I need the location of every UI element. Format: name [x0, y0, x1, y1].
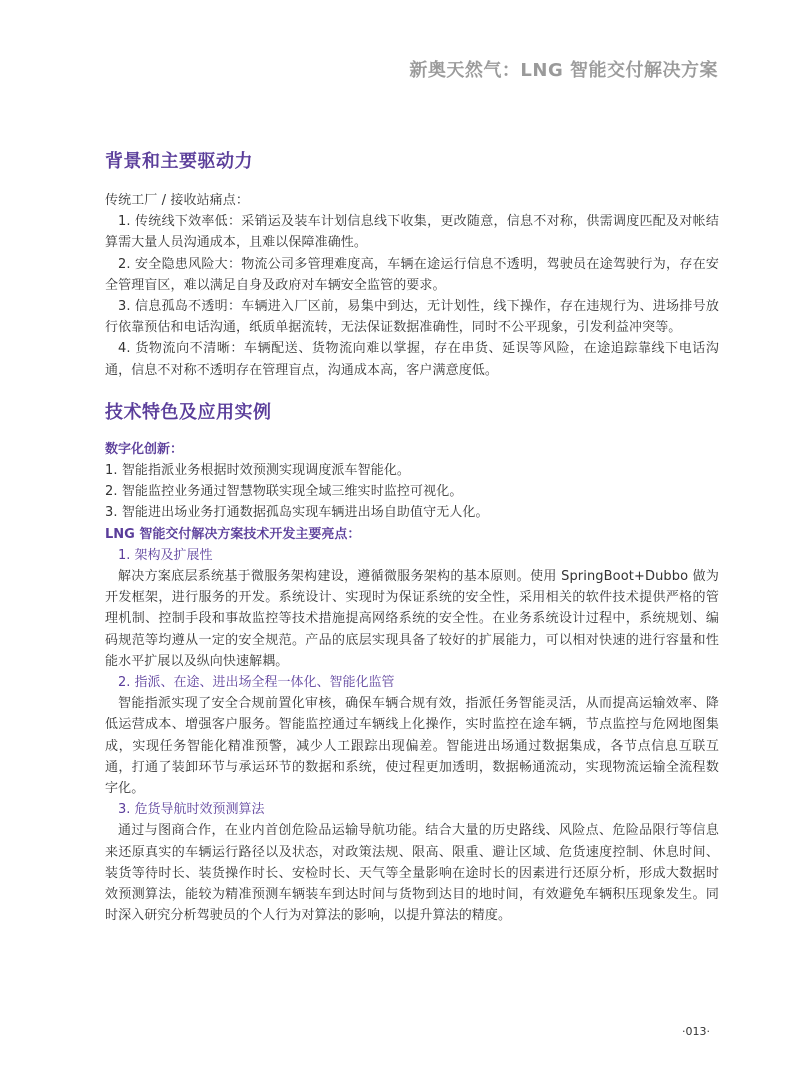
pain-point-item: 3. 信息孤岛不透明：车辆进入厂区前，易集中到达，无计划性，线下操作，存在违规行… — [105, 296, 719, 338]
running-header: 新奥天然气：LNG 智能交付解决方案 — [409, 56, 718, 82]
highlight-body: 解决方案底层系统基于微服务架构建设，遵循微服务架构的基本原则。使用 Spring… — [105, 566, 719, 672]
digital-item: 1. 智能指派业务根据时效预测实现调度派车智能化。 — [105, 460, 719, 481]
highlight-title: 2. 指派、在途、进出场全程一体化、智能化监管 — [105, 672, 719, 693]
pain-points-intro: 传统工厂 / 接收站痛点： — [105, 190, 719, 211]
highlights-title: LNG 智能交付解决方案技术开发主要亮点： — [105, 524, 719, 545]
highlight-body: 通过与图商合作，在业内首创危险品运输导航功能。结合大量的历史路线、风险点、危险品… — [105, 820, 719, 926]
digital-item: 3. 智能进出场业务打通数据孤岛实现车辆进出场自助值守无人化。 — [105, 502, 719, 523]
section-heading-background: 背景和主要驱动力 — [105, 148, 719, 176]
section-heading-tech: 技术特色及应用实例 — [105, 399, 719, 427]
document-body: 背景和主要驱动力 传统工厂 / 接收站痛点： 1. 传统线下效率低：采销运及装车… — [105, 148, 719, 927]
pain-point-item: 1. 传统线下效率低：采销运及装车计划信息线下收集，更改随意，信息不对称，供需调… — [105, 211, 719, 253]
highlight-title: 1. 架构及扩展性 — [105, 545, 719, 566]
pain-point-item: 2. 安全隐患风险大：物流公司多管理难度高，车辆在途运行信息不透明，驾驶员在途驾… — [105, 254, 719, 296]
page-number: ·013· — [682, 1025, 710, 1038]
pain-point-item: 4. 货物流向不清晰：车辆配送、货物流向难以掌握，存在串货、延误等风险，在途追踪… — [105, 338, 719, 380]
digital-item: 2. 智能监控业务通过智慧物联实现全域三维实时监控可视化。 — [105, 481, 719, 502]
highlight-title: 3. 危货导航时效预测算法 — [105, 799, 719, 820]
highlight-body: 智能指派实现了安全合规前置化审核，确保车辆合规有效，指派任务智能灵活，从而提高运… — [105, 693, 719, 799]
digital-innovation-title: 数字化创新： — [105, 439, 719, 460]
